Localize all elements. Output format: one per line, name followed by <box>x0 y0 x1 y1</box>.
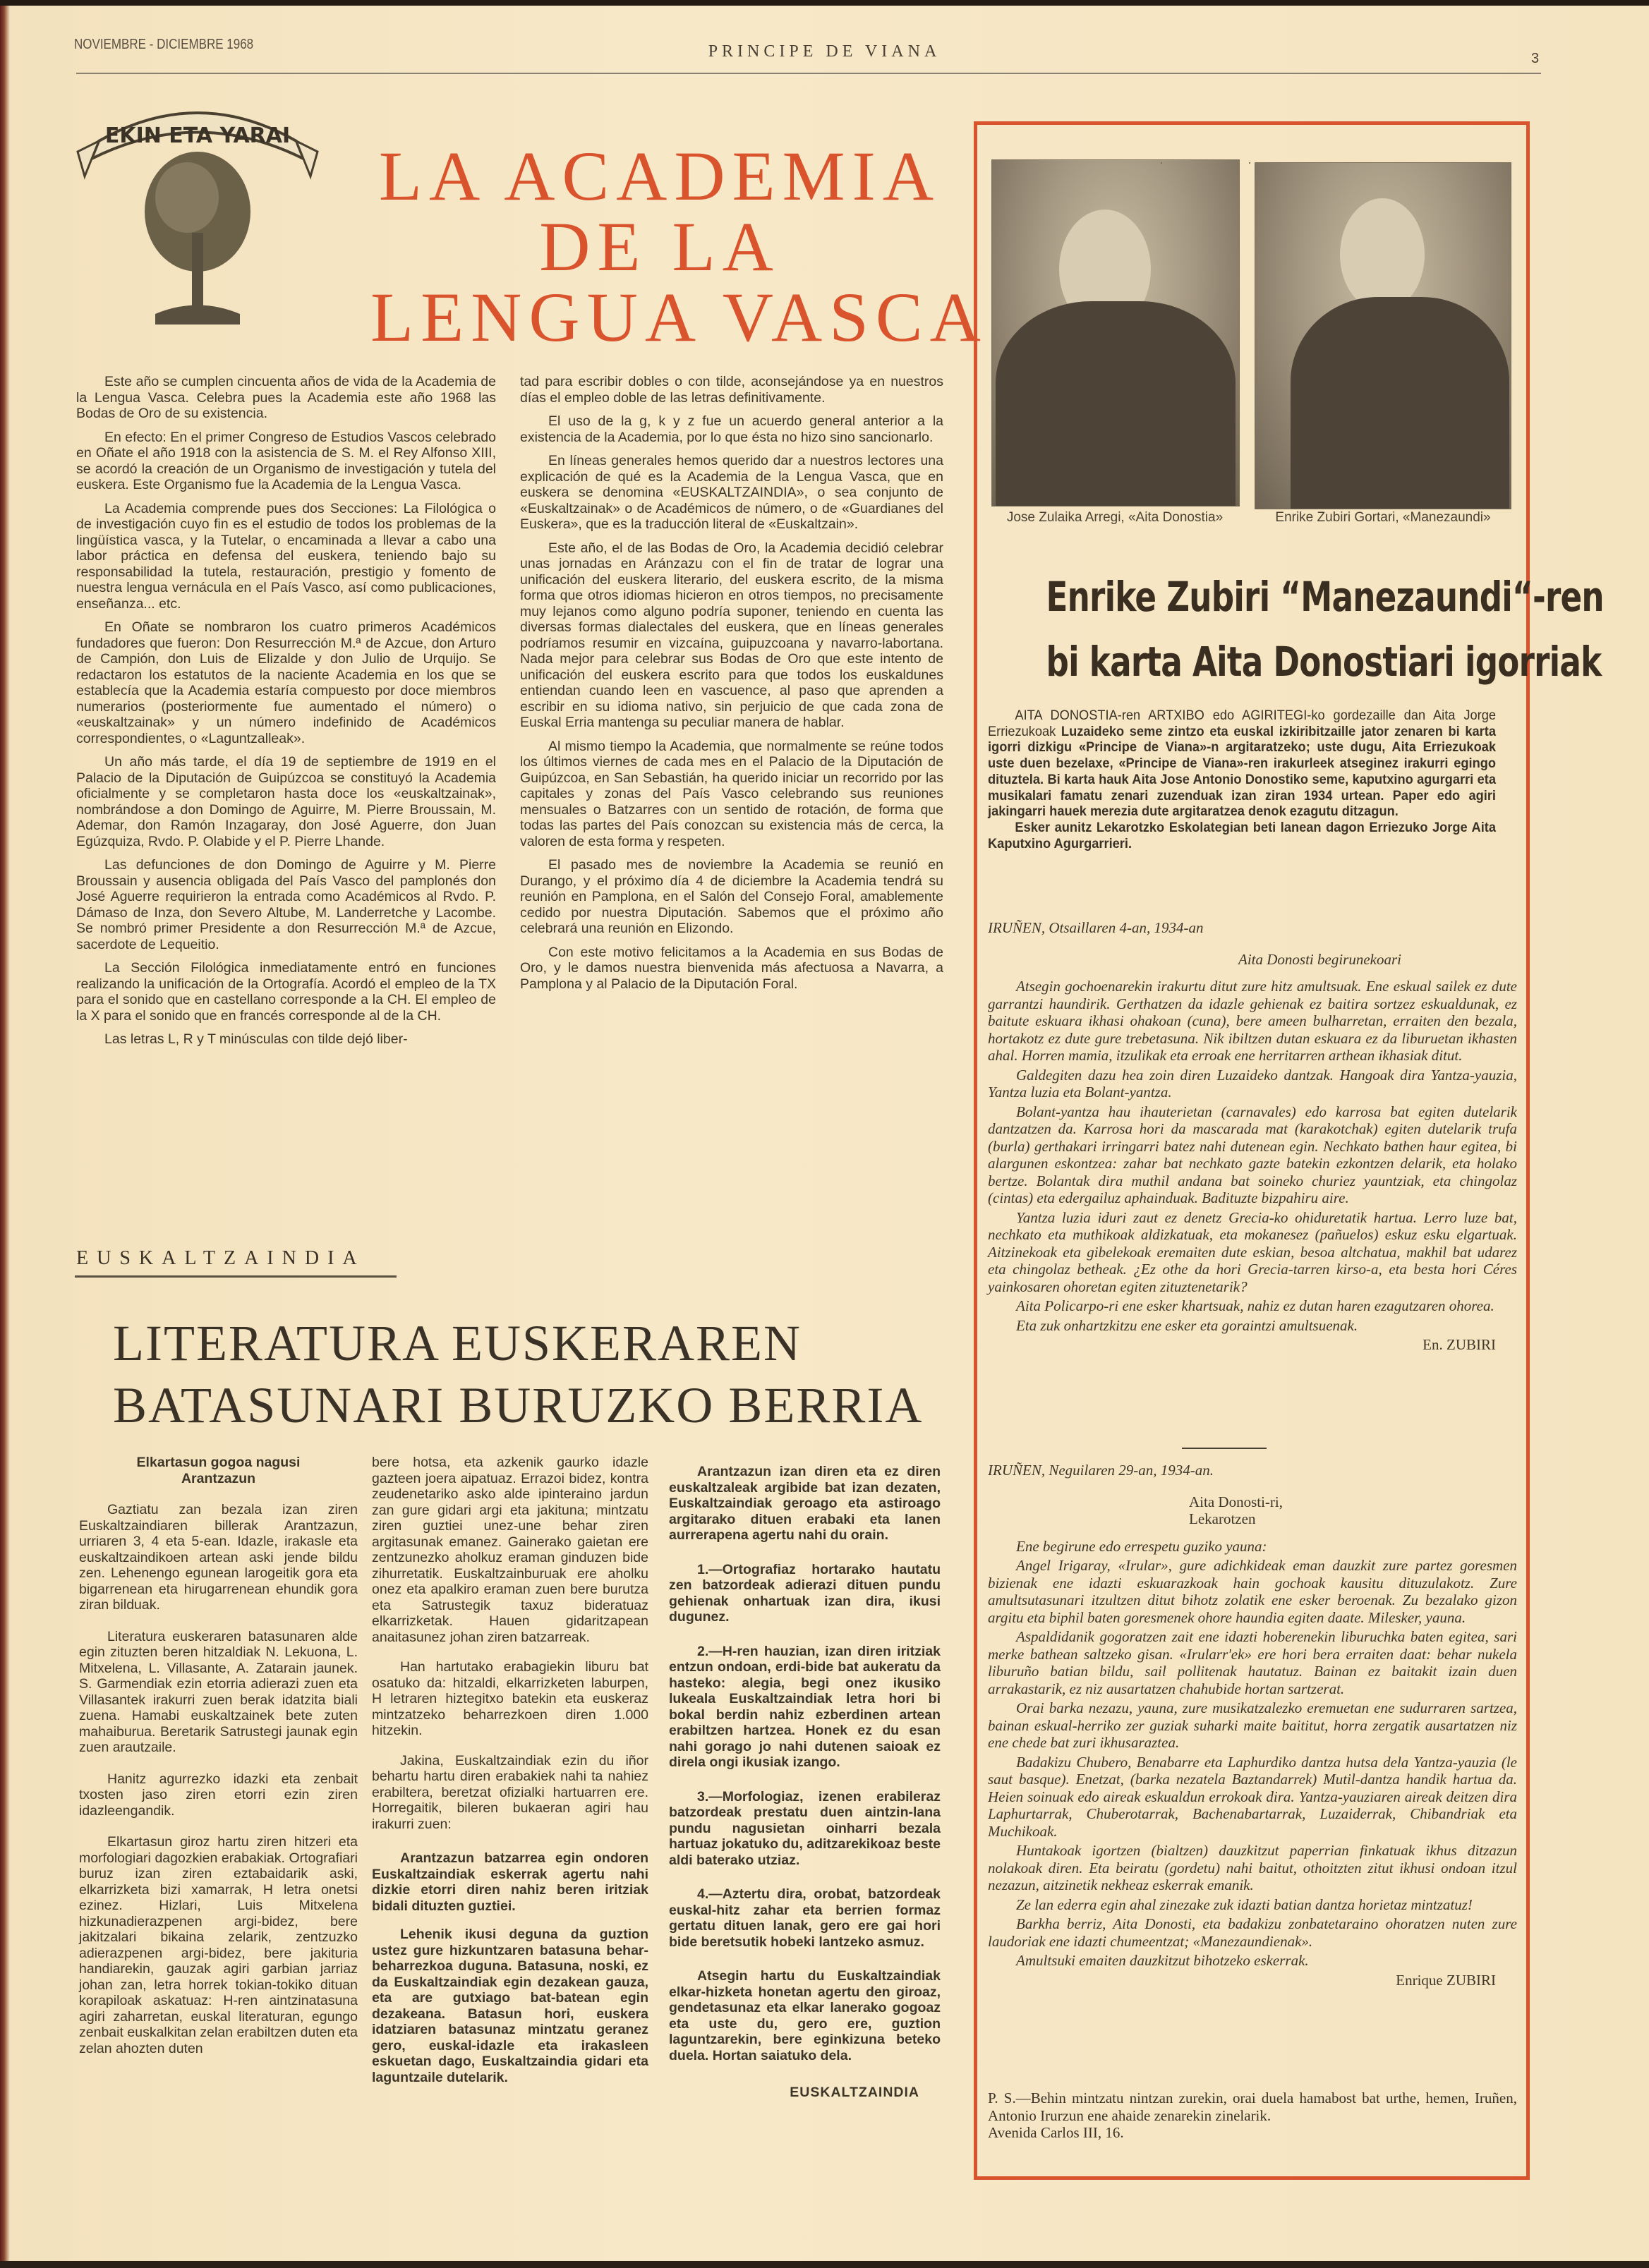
paragraph: Las letras L, R y T minúsculas con tilde… <box>76 1031 496 1048</box>
paragraph: La Sección Filológica inmediatamente ent… <box>76 960 496 1024</box>
newspaper-page: NOVIEMBRE - DICIEMBRE 1968 PRINCIPE DE V… <box>0 0 1649 2268</box>
letter-paragraph: Orai barka nezazu, yauna, zure musikatza… <box>988 1699 1517 1752</box>
paragraph: El pasado mes de noviembre la Academia s… <box>520 857 943 937</box>
euskaltzaindia-column-2: bere hotsa, eta azkenik gaurko idazle ga… <box>372 1455 648 2093</box>
bold-paragraph: 3.—Morfologiaz, izenen erabileraz batzor… <box>669 1789 941 1869</box>
tree-emblem-icon: EKIN ETA YARAI <box>71 92 325 332</box>
letter-address: Aita Donosti-ri, Lekarotzen <box>988 1493 1517 1528</box>
letter-signature: Enrique ZUBIRI <box>988 1972 1517 1989</box>
page-number: 3 <box>1531 51 1539 67</box>
zubiri-headline: Enrike Zubiri “Manezaundi“-ren bi karta … <box>1046 564 1459 694</box>
letter-paragraph: Eta zuk onhartzkitzu ene esker eta gorai… <box>988 1317 1517 1335</box>
letter-paragraph: Huntakoak igortzen (bialtzen) dauzkitzut… <box>988 1842 1517 1894</box>
portrait-photo-aita-donostia <box>991 159 1240 507</box>
letter-paragraph: Ene begirune edo errespetu guziko yauna: <box>988 1538 1517 1556</box>
letter-1: IRUÑEN, Otsaillaren 4-an, 1934-an Aita D… <box>988 919 1517 1356</box>
bold-paragraph: Arantzazun izan diren eta ez diren euska… <box>669 1464 941 1544</box>
paragraph: Han hartutako erabagiekin liburu bat osa… <box>372 1659 648 1739</box>
scan-edge-top <box>0 0 1649 6</box>
letter-paragraph: Yantza luzia iduri zaut ez denetz Grecia… <box>988 1209 1517 1296</box>
bold-paragraph: 1.—Ortografiaz hortarako hautatu zen bat… <box>669 1562 941 1625</box>
euskaltzaindia-column-1: Elkartasun gogoa nagusi Arantzazun Gazti… <box>79 1455 358 2064</box>
subheading-line: Elkartasun gogoa nagusi <box>79 1455 358 1471</box>
letter-paragraph: Galdegiten dazu hea zoin diren Luzaideko… <box>988 1067 1517 1101</box>
address-line: Aita Donosti-ri, <box>1189 1493 1517 1511</box>
letter-date: IRUÑEN, Otsaillaren 4-an, 1934-an <box>988 919 1517 937</box>
letter-paragraph: Amultsuki emaiten dauzkitzut bihotzeko e… <box>988 1952 1517 1970</box>
letter-paragraph: Aita Policarpo-ri ene esker khartsuak, n… <box>988 1297 1517 1315</box>
headline-line: DE LA <box>370 212 949 282</box>
zubiri-intro: AITA DONOSTIA-ren ARTXIBO edo AGIRITEGI-… <box>988 708 1496 852</box>
letter-paragraph: Ze lan ederra egin ahal zinezake zuk ida… <box>988 1896 1517 1914</box>
paragraph: Al mismo tiempo la Academia, que normalm… <box>520 739 943 850</box>
subheading: Elkartasun gogoa nagusi Arantzazun <box>79 1455 358 1486</box>
headline-line: LENGUA VASCA <box>370 282 949 353</box>
paragraph: En líneas generales hemos querido dar a … <box>520 453 943 533</box>
paragraph: La Academia comprende pues dos Secciones… <box>76 501 496 612</box>
letter-paragraph: Atsegin gochoenarekin irakurtu ditut zur… <box>988 978 1517 1065</box>
paragraph: Este año, el de las Bodas de Oro, la Aca… <box>520 540 943 731</box>
headline-line: BATASUNARI BURUZKO BERRIA <box>113 1374 903 1436</box>
photo-caption: Jose Zulaika Arregi, «Aita Donostia» <box>1005 509 1224 526</box>
paragraph: Las defunciones de don Domingo de Aguirr… <box>76 857 496 952</box>
headline-line: LA ACADEMIA <box>370 141 949 212</box>
paragraph: Literatura euskeraren batasunaren alde e… <box>79 1629 358 1756</box>
headline-line: LITERATURA EUSKERAREN <box>113 1312 903 1374</box>
logo-motto: EKIN ETA YARAI <box>105 123 290 148</box>
ps-address: Avenida Carlos III, 16. <box>988 2124 1517 2142</box>
paragraph: bere hotsa, eta azkenik gaurko idazle ga… <box>372 1455 648 1645</box>
paragraph: tad para escribir dobles o con tilde, ac… <box>520 374 943 406</box>
header-rule <box>76 73 1541 74</box>
letter-paragraph: Angel Irigaray, «Irular», gure adichkide… <box>988 1557 1517 1626</box>
letter-paragraph: Bolant-yantza hau ihauterietan (carnaval… <box>988 1103 1517 1207</box>
euskaltzaindia-column-3: Arantzazun izan diren eta ez diren euska… <box>669 1464 941 2101</box>
publication-title: PRINCIPE DE VIANA <box>0 42 1649 61</box>
paragraph: Un año más tarde, el día 19 de septiembr… <box>76 754 496 849</box>
letter-signature: En. ZUBIRI <box>988 1336 1517 1354</box>
paragraph: Jakina, Euskaltzaindiak ezin du iñor beh… <box>372 1753 648 1833</box>
intro-bold-text: Luzaideko seme zintzo eta euskal izkirib… <box>988 724 1496 820</box>
letter-date: IRUÑEN, Neguilaren 29-an, 1934-an. <box>988 1462 1517 1479</box>
postscript: P. S.—Behin mintzatu nintzan zurekin, or… <box>988 2090 1517 2142</box>
ps-label: P. S.— <box>988 2090 1031 2106</box>
address-line: Lekarotzen <box>1189 1510 1517 1528</box>
paragraph: El uso de la g, k y z fue un acuerdo gen… <box>520 413 943 445</box>
article-signature: EUSKALTZAINDIA <box>669 2085 941 2101</box>
bold-paragraph: 4.—Aztertu dira, orobat, batzordeak eusk… <box>669 1886 941 1950</box>
paragraph: En efecto: En el primer Congreso de Estu… <box>76 430 496 493</box>
letter-paragraph: Badakizu Chubero, Benabarre eta Laphurdi… <box>988 1754 1517 1841</box>
letter-paragraph: Barkha berriz, Aita Donosti, eta badakiz… <box>988 1915 1517 1950</box>
ps-text: Behin mintzatu nintzan zurekin, orai due… <box>988 2090 1517 2124</box>
paragraph: Con este motivo felicitamos a la Academi… <box>520 945 943 993</box>
paragraph: Hanitz agurrezko idazki eta zenbait txos… <box>79 1771 358 1819</box>
paragraph: Elkartasun giroz hartu ziren hitzeri eta… <box>79 1834 358 2056</box>
portrait-photo-manezaundi <box>1255 162 1511 509</box>
headline-line: bi karta Aita Donostiari igorriak <box>1046 629 1459 694</box>
literatura-headline: LITERATURA EUSKERAREN BATASUNARI BURUZKO… <box>113 1312 903 1436</box>
intro-thanks: Esker aunitz Lekarotzko Eskolategian bet… <box>988 820 1496 851</box>
headline-line: Enrike Zubiri “Manezaundi“-ren <box>1046 564 1459 629</box>
academia-headline: LA ACADEMIA DE LA LENGUA VASCA <box>370 141 949 353</box>
letter-paragraph: Aspaldidanik gogoratzen zait ene idazti … <box>988 1628 1517 1697</box>
section-rule <box>75 1275 397 1278</box>
subheading-line: Arantzazun <box>79 1471 358 1487</box>
bold-paragraph: Arantzazun batzarrea egin ondoren Euskal… <box>372 1850 648 1914</box>
academia-column-1: Este año se cumplen cincuenta años de vi… <box>76 374 496 1055</box>
paragraph: Gaztiatu zan bezala izan ziren Euskaltza… <box>79 1502 358 1613</box>
letter-2: IRUÑEN, Neguilaren 29-an, 1934-an. Aita … <box>988 1462 1517 1991</box>
paragraph: Este año se cumplen cincuenta años de vi… <box>76 374 496 422</box>
bold-paragraph: Atsegin hartu du Euskaltzaindiak elkar-h… <box>669 1968 941 2063</box>
scan-edge-bottom <box>0 2261 1649 2268</box>
academia-column-2: tad para escribir dobles o con tilde, ac… <box>520 374 943 1000</box>
bold-paragraph: Lehenik ikusi deguna da guztion ustez gu… <box>372 1927 648 2085</box>
letter-salutation: Aita Donosti begirunekoari <box>988 951 1517 969</box>
section-label: EUSKALTZAINDIA <box>76 1247 366 1270</box>
letter-divider <box>1182 1448 1267 1449</box>
paragraph: En Oñate se nombraron los cuatro primero… <box>76 619 496 746</box>
photo-caption: Enrike Zubiri Gortari, «Manezaundi» <box>1270 509 1496 526</box>
bold-paragraph: 2.—H-ren hauzian, izan diren iritziak en… <box>669 1644 941 1771</box>
